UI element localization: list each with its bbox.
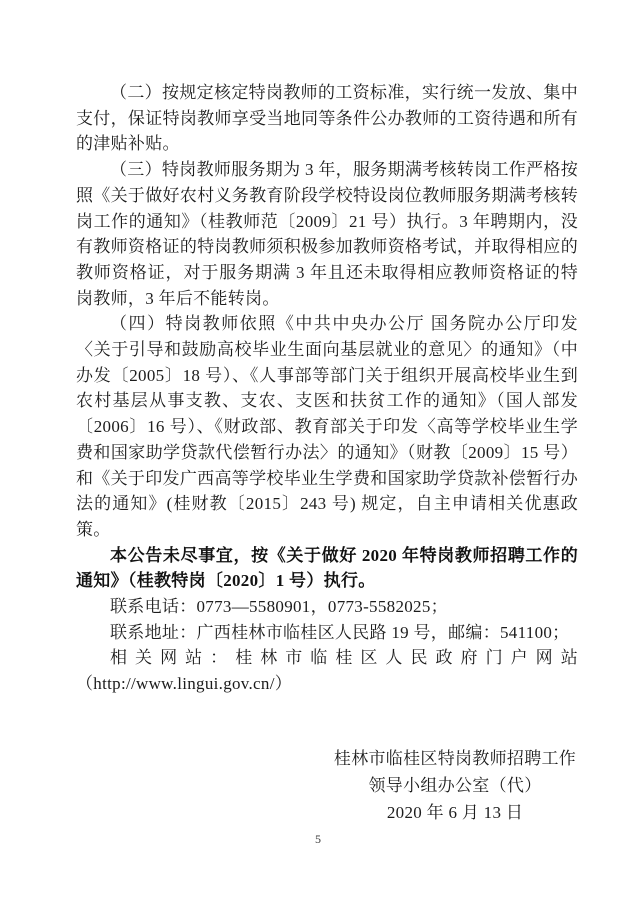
signature-org-line-2: 领导小组办公室（代） xyxy=(332,772,578,799)
contact-website-url: （http://www.lingui.gov.cn/） xyxy=(76,671,578,697)
contact-website-label: 相关网站：桂林市临桂区人民政府门户网站 xyxy=(76,645,578,671)
signature-block: 桂林市临桂区特岗教师招聘工作 领导小组办公室（代） 2020 年 6 月 13 … xyxy=(332,745,578,826)
document-body: （二）按规定核定特岗教师的工资标准，实行统一发放、集中支付，保证特岗教师享受当地… xyxy=(76,80,578,826)
paragraph-item-4: （四）特岗教师依照《中共中央办公厅 国务院办公厅印发〈关于引导和鼓励高校毕业生面… xyxy=(76,311,578,542)
contact-phone: 联系电话：0773—5580901，0773-5582025； xyxy=(76,594,578,620)
closing-note: 本公告未尽事宜，按《关于做好 2020 年特岗教师招聘工作的通知》（桂教特岗〔2… xyxy=(76,543,578,594)
signature-org-line-1: 桂林市临桂区特岗教师招聘工作 xyxy=(332,745,578,772)
paragraph-item-3: （三）特岗教师服务期为 3 年，服务期满考核转岗工作严格按照《关于做好农村义务教… xyxy=(76,157,578,311)
paragraph-item-2: （二）按规定核定特岗教师的工资标准，实行统一发放、集中支付，保证特岗教师享受当地… xyxy=(76,80,578,157)
signature-date: 2020 年 6 月 13 日 xyxy=(332,799,578,826)
document-page: （二）按规定核定特岗教师的工资标准，实行统一发放、集中支付，保证特岗教师享受当地… xyxy=(0,0,636,900)
page-number: 5 xyxy=(0,832,636,847)
contact-address: 联系地址：广西桂林市临桂区人民路 19 号，邮编：541100； xyxy=(76,620,578,646)
